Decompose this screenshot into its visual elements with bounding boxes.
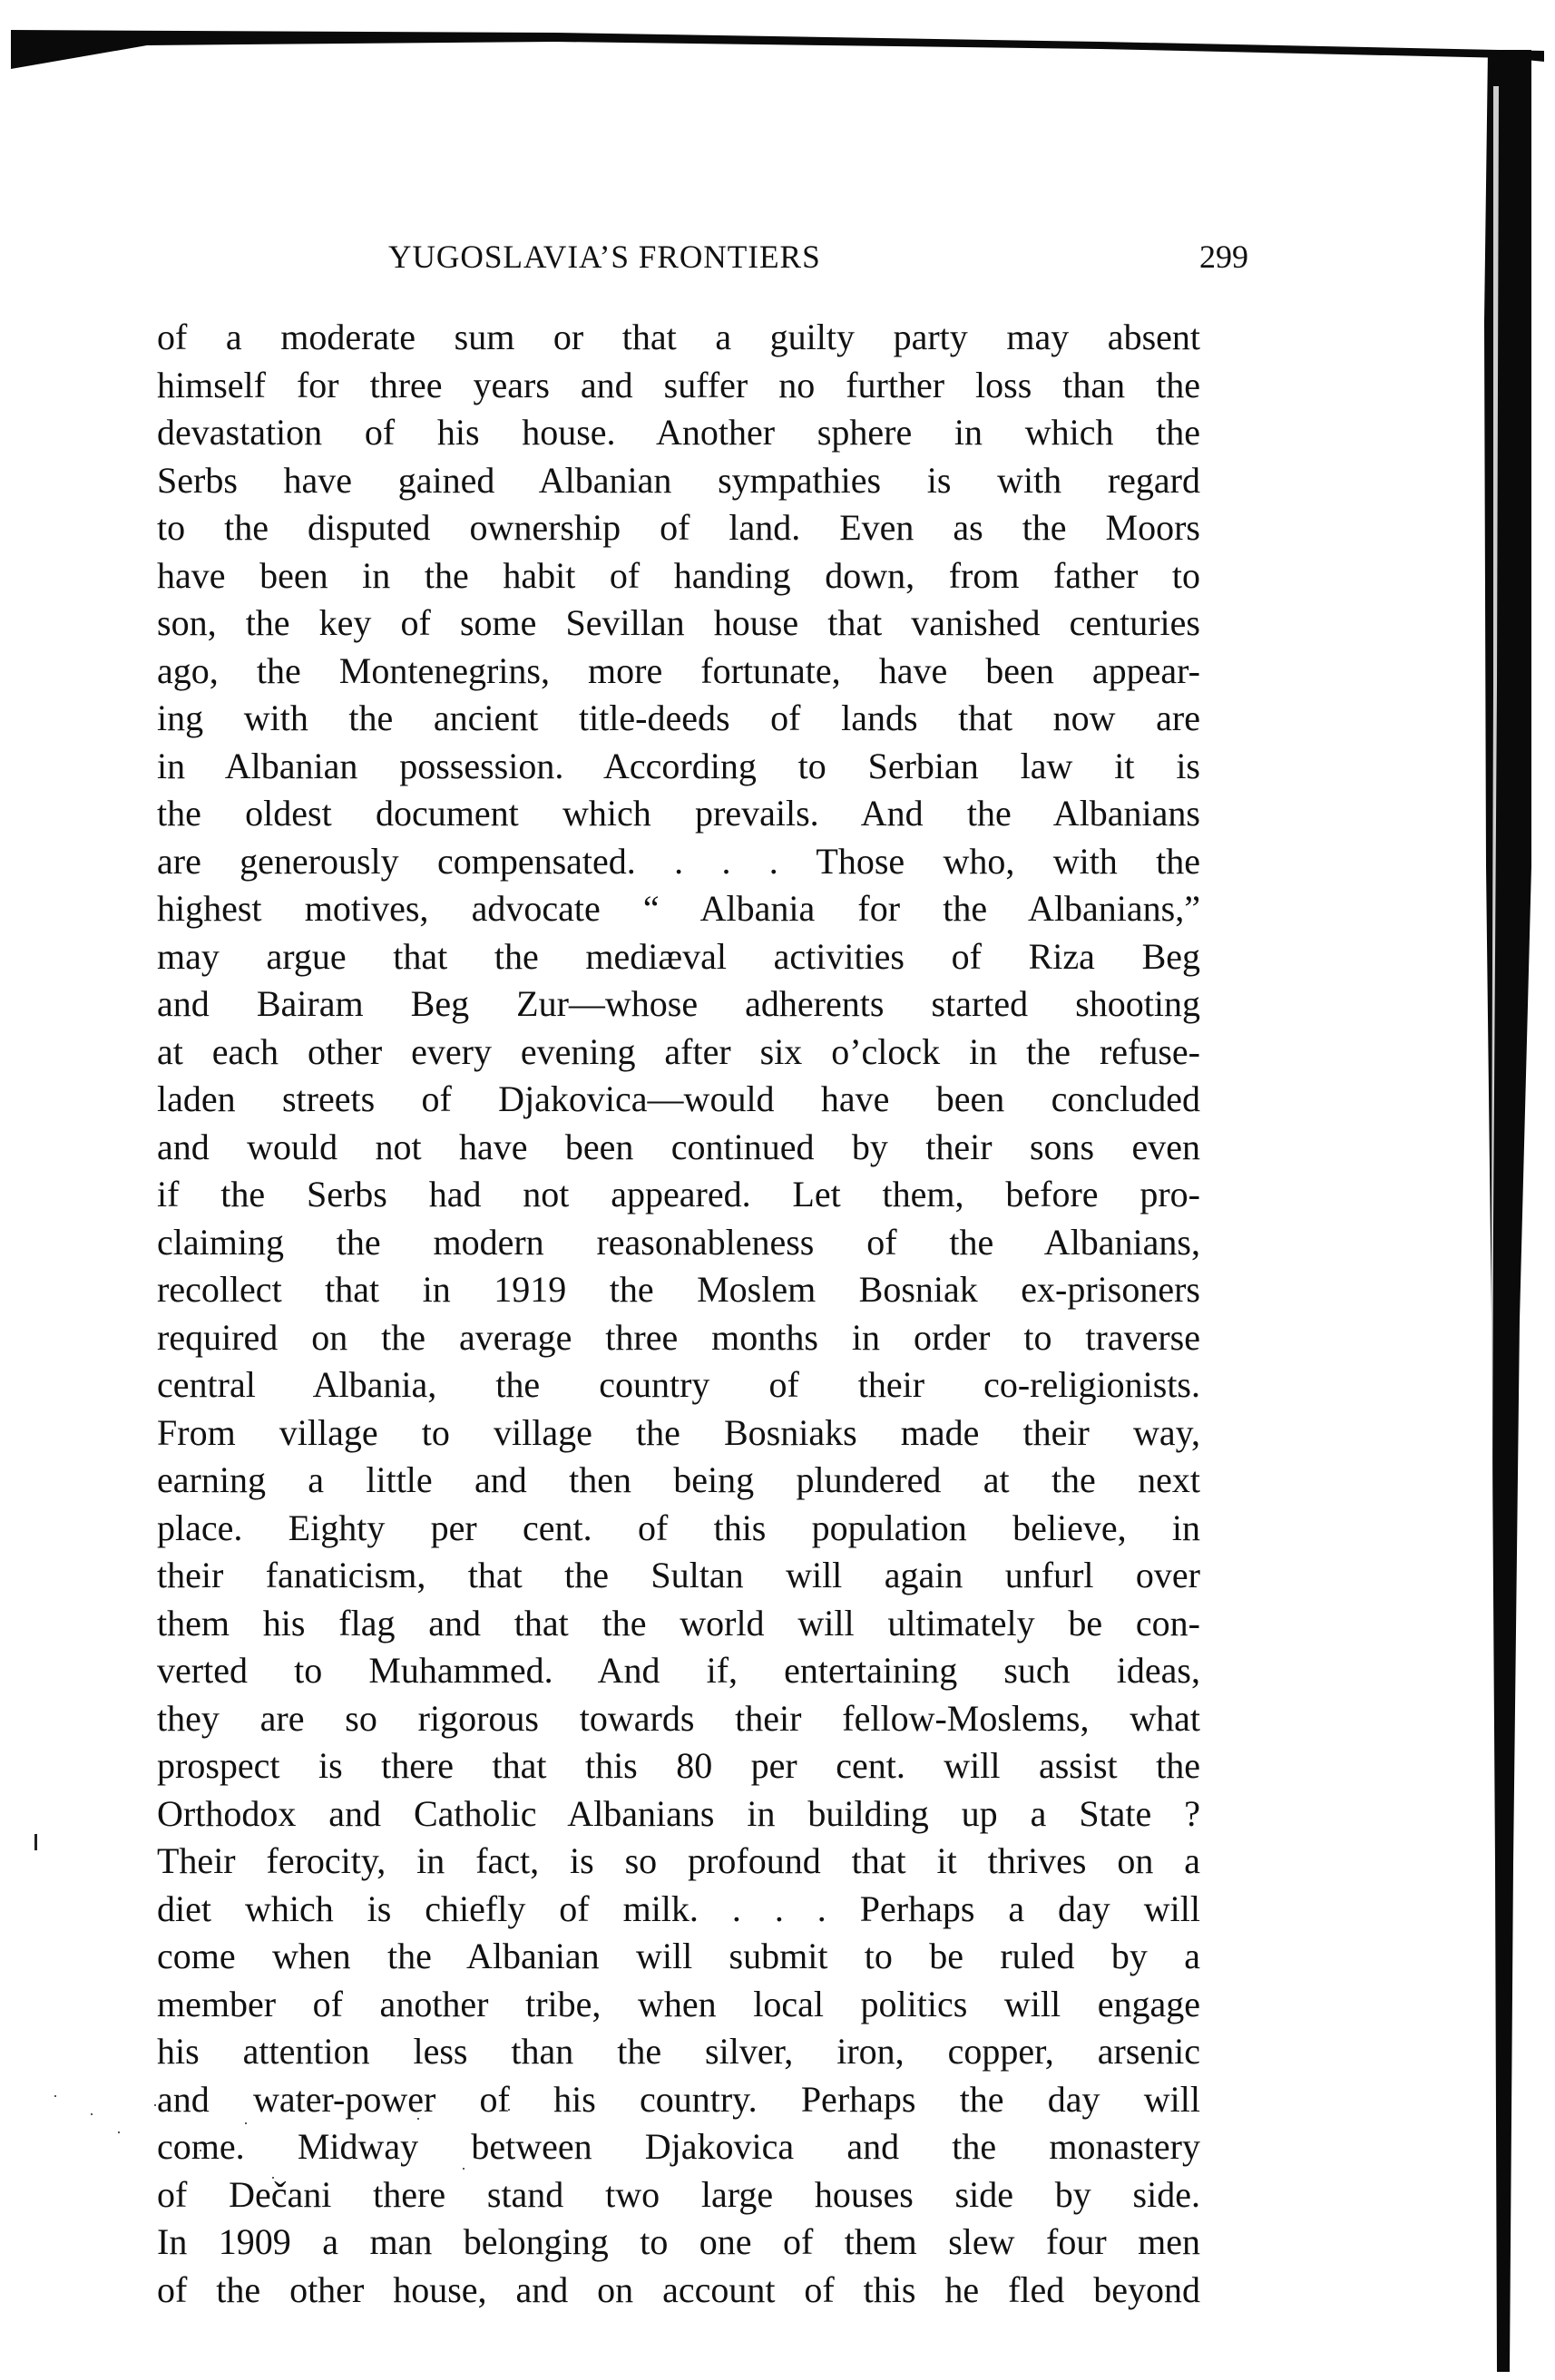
- text-line: may argue that the mediæval activities o…: [157, 933, 1200, 981]
- text-line: they are so rigorous towards their fello…: [157, 1695, 1200, 1743]
- text-line: to the disputed ownership of land. Even …: [157, 504, 1200, 552]
- text-line: come when the Albanian will submit to be…: [157, 1933, 1200, 1981]
- text-line: required on the average three months in …: [157, 1314, 1200, 1362]
- text-line: his attention less than the silver, iron…: [157, 2028, 1200, 2076]
- text-line: himself for three years and suffer no fu…: [157, 362, 1200, 410]
- text-line: of a moderate sum or that a guilty party…: [157, 314, 1200, 362]
- text-line: recollect that in 1919 the Moslem Bosnia…: [157, 1266, 1200, 1314]
- text-line: claiming the modern reasonableness of th…: [157, 1219, 1200, 1267]
- text-line: highest motives, advocate “ Albania for …: [157, 885, 1200, 933]
- text-line: and Bairam Beg Zur—whose adherents start…: [157, 980, 1200, 1029]
- text-line: at each other every evening after six o’…: [157, 1029, 1200, 1077]
- text-line: devastation of his house. Another sphere…: [157, 409, 1200, 457]
- text-line: member of another tribe, when local poli…: [157, 1981, 1200, 2029]
- scan-noise: [36, 2086, 762, 2268]
- text-line: earning a little and then being plundere…: [157, 1457, 1200, 1505]
- text-line: prospect is there that this 80 per cent.…: [157, 1742, 1200, 1790]
- text-line: Serbs have gained Albanian sympathies is…: [157, 457, 1200, 505]
- text-line: and would not have been continued by the…: [157, 1124, 1200, 1172]
- text-line: Orthodox and Catholic Albanians in build…: [157, 1790, 1200, 1839]
- text-line: them his flag and that the world will ul…: [157, 1600, 1200, 1648]
- text-line: son, the key of some Sevillan house that…: [157, 600, 1200, 648]
- text-line: ago, the Montenegrins, more fortunate, h…: [157, 648, 1200, 696]
- text-line: verted to Muhammed. And if, entertaining…: [157, 1647, 1200, 1695]
- text-line: if the Serbs had not appeared. Let them,…: [157, 1171, 1200, 1219]
- text-line: the oldest document which prevails. And …: [157, 790, 1200, 838]
- text-line: place. Eighty per cent. of this populati…: [157, 1505, 1200, 1553]
- text-line: laden streets of Djakovica—would have be…: [157, 1076, 1200, 1124]
- running-title: YUGOSLAVIA’S FRONTIERS: [388, 238, 821, 276]
- text-line: central Albania, the country of their co…: [157, 1361, 1200, 1409]
- scan-speck: [34, 1834, 37, 1850]
- scan-binding-edge-shadow: [1479, 50, 1533, 2372]
- text-line: of the other house, and on account of th…: [157, 2267, 1200, 2315]
- text-line: in Albanian possession. According to Ser…: [157, 743, 1200, 791]
- page-header: YUGOSLAVIA’S FRONTIERS 299: [0, 238, 1555, 292]
- body-text: of a moderate sum or that a guilty party…: [157, 314, 1200, 2314]
- text-line: are generously compensated. . . . Those …: [157, 838, 1200, 886]
- text-line: diet which is chiefly of milk. . . . Per…: [157, 1886, 1200, 1934]
- text-line: ing with the ancient title-deeds of land…: [157, 695, 1200, 743]
- text-line: From village to village the Bosniaks mad…: [157, 1409, 1200, 1458]
- text-line: Their ferocity, in fact, is so profound …: [157, 1838, 1200, 1886]
- scan-top-edge-shadow: [11, 25, 1553, 80]
- page-number: 299: [1199, 238, 1248, 276]
- text-line: have been in the habit of handing down, …: [157, 552, 1200, 600]
- text-line: their fanaticism, that the Sultan will a…: [157, 1552, 1200, 1600]
